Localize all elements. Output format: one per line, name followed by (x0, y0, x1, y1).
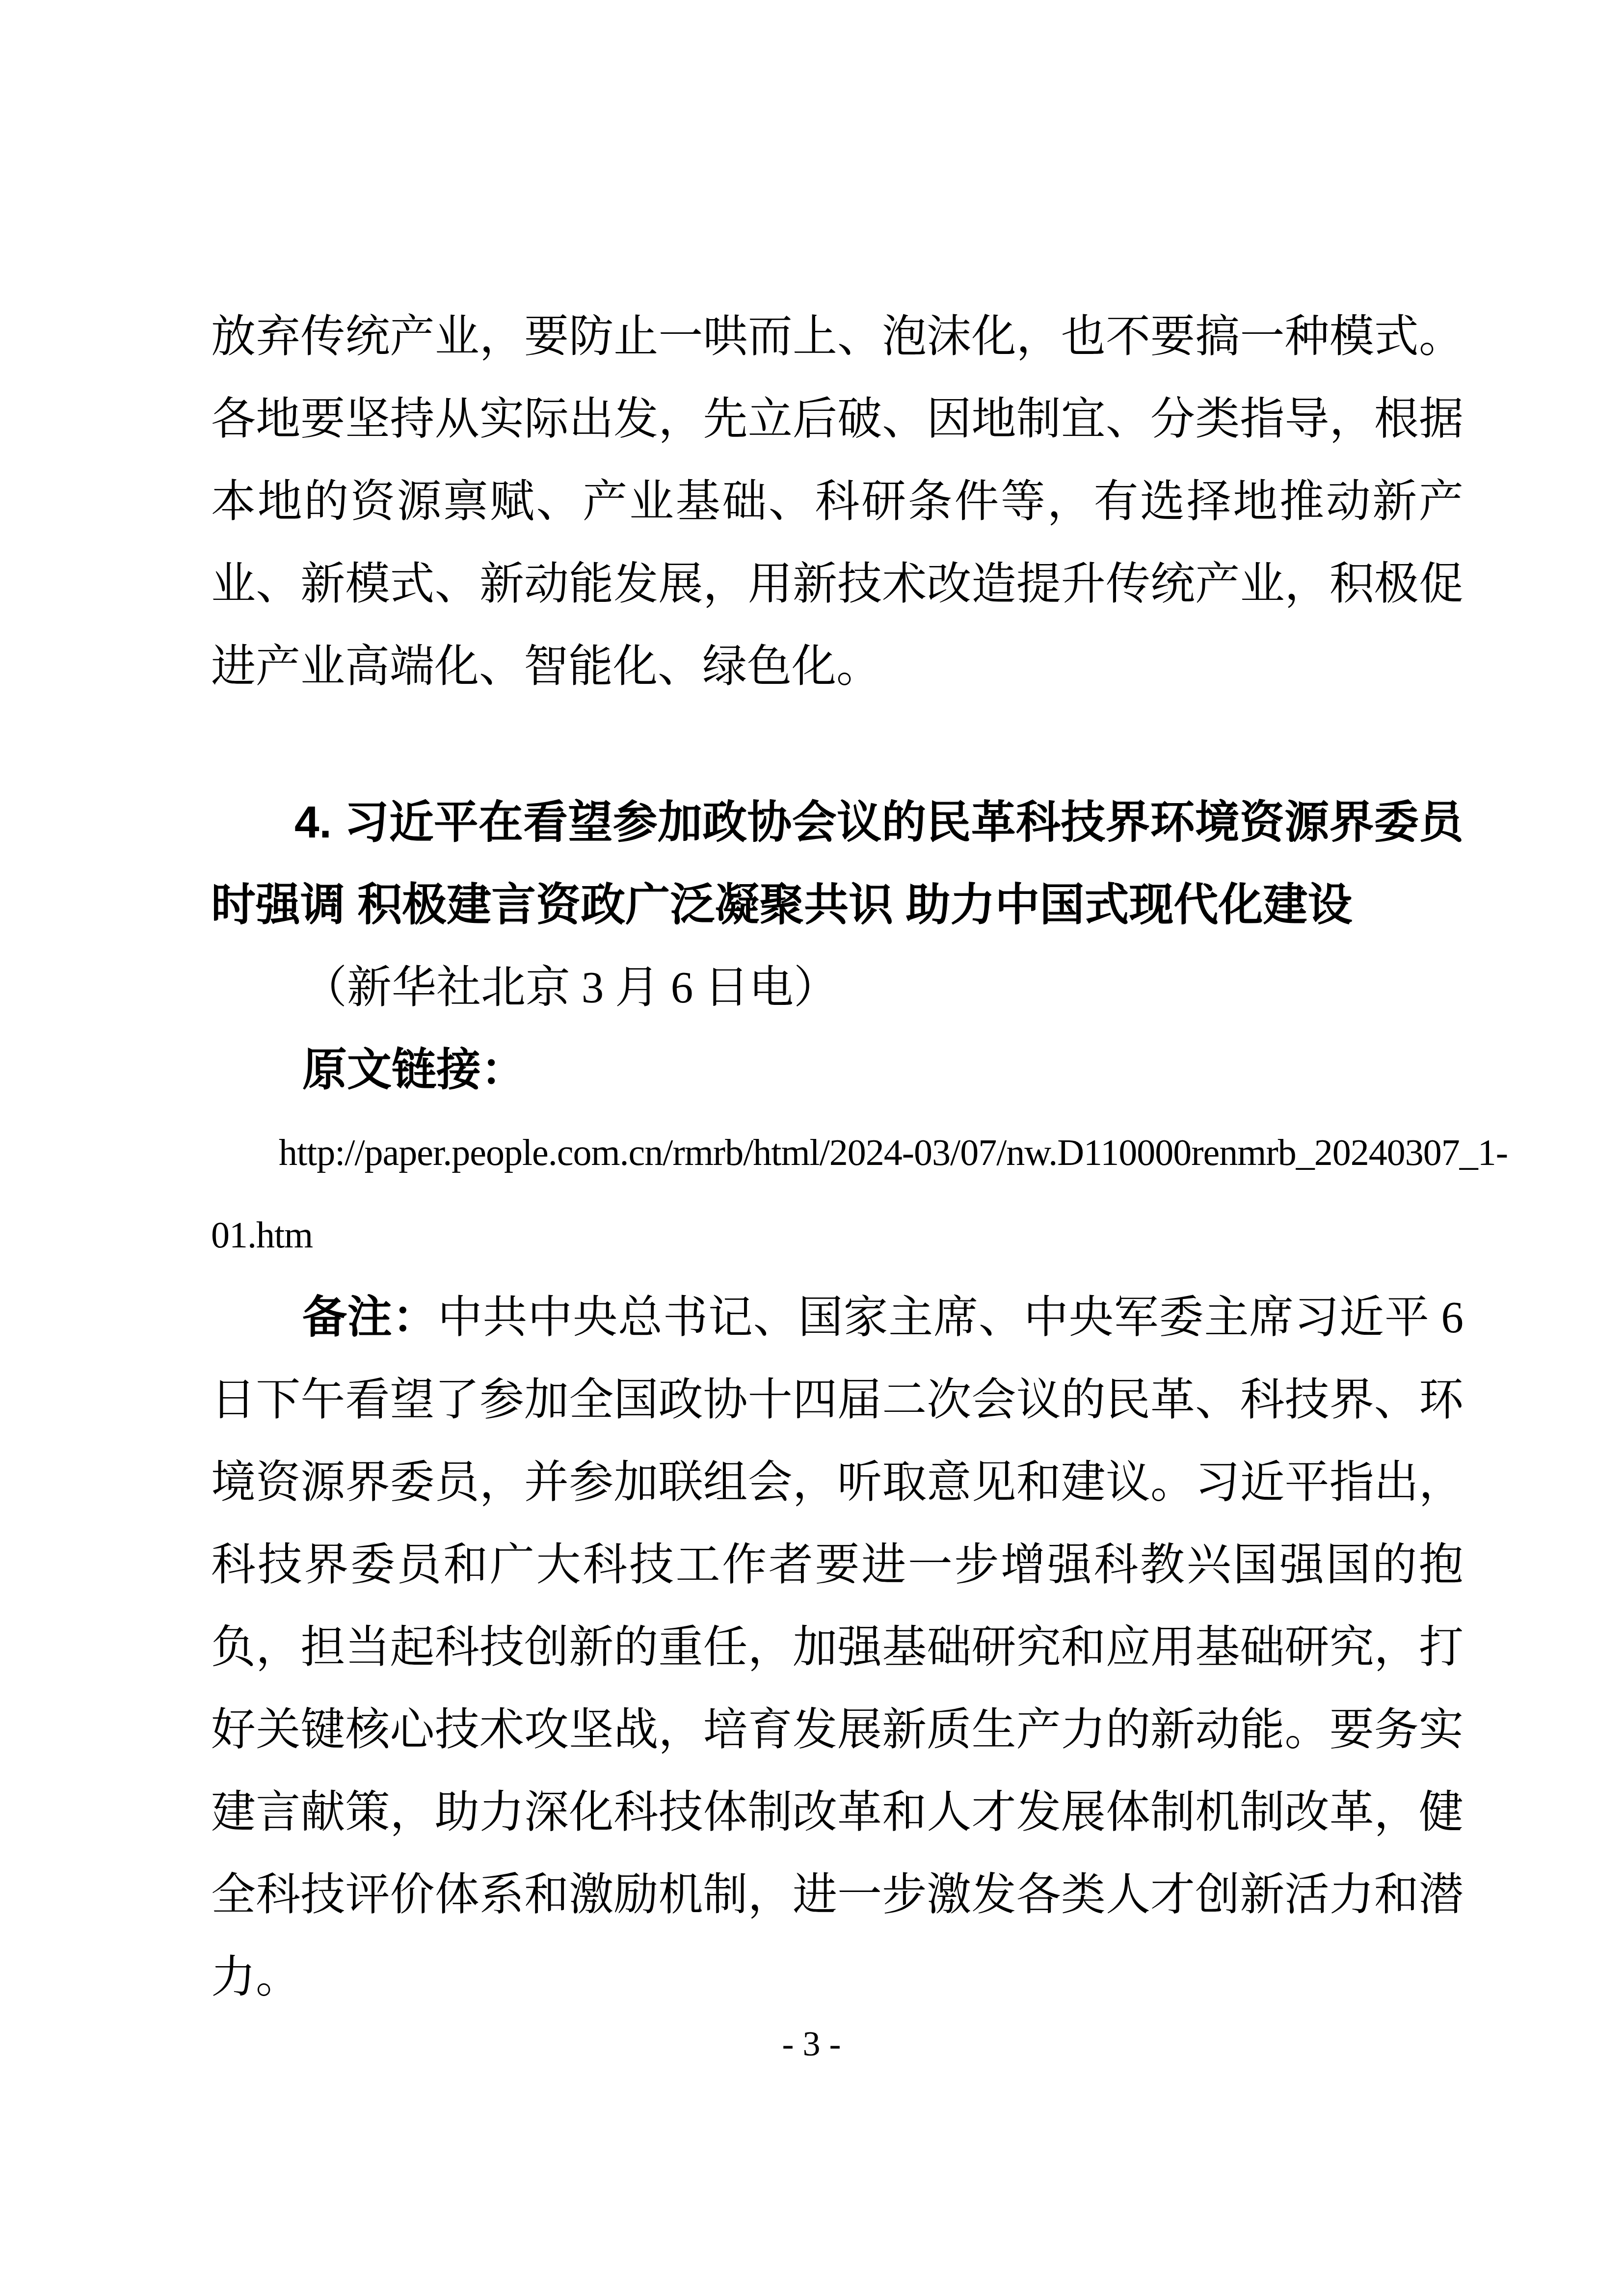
source-url-line-1: http://paper.people.com.cn/rmrb/html/202… (211, 1111, 1463, 1194)
page-content: 放弃传统产业，要防止一哄而上、泡沫化，也不要搞一种模式。各地要坚持从实际出发，先… (211, 296, 1463, 2019)
continuation-paragraph: 放弃传统产业，要防止一哄而上、泡沫化，也不要搞一种模式。各地要坚持从实际出发，先… (211, 296, 1463, 708)
note-text: 中共中央总书记、国家主席、中央军委主席习近平 6 日下午看望了参加全国政协十四届… (211, 1293, 1463, 2002)
page-number: - 3 - (782, 2024, 841, 2063)
note-label: 备注： (302, 1293, 438, 1342)
item-heading: 4. 习近平在看望参加政协会议的民革科技界环境资源界委员时强调 积极建言资政广泛… (211, 782, 1463, 946)
source-link-label: 原文链接： (211, 1029, 1463, 1111)
note-paragraph: 备注：中共中央总书记、国家主席、中央军委主席习近平 6 日下午看望了参加全国政协… (211, 1276, 1463, 2019)
dateline: （新华社北京 3 月 6 日电） (211, 946, 1463, 1029)
document-page: 放弃传统产业，要防止一哄而上、泡沫化，也不要搞一种模式。各地要坚持从实际出发，先… (0, 0, 1623, 2296)
page-footer: - 3 - (0, 2017, 1623, 2071)
source-url-line-2: 01.htm (211, 1194, 1463, 1276)
